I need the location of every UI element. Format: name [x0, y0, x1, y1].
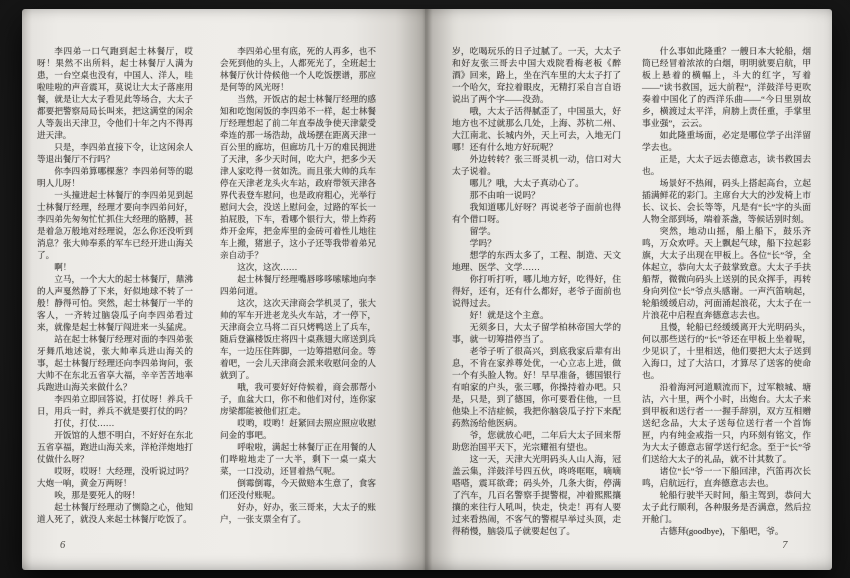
paragraph: 呼啦啦，满起士林餐厅正在用餐的人们哗啦地走了一大半，剩下一桌一桌大菜，一口没动，…: [220, 441, 376, 477]
paragraph: 开饭馆的人想不明白，不好好在东北五省享福，跑进山海关来，洋枪洋炮地打仗做什么呀？: [37, 429, 193, 465]
paragraph: 岁，吃喝玩乐的日子过腻了。一天，大太子和好友张三哥去中国大戏院看梅老板《醉酒》回…: [452, 45, 621, 105]
paragraph: 站在起士林餐厅经理对面的李四弟张牙舞爪地述说，张大帅率兵进山海关的事，起士林餐厅…: [37, 333, 193, 393]
paragraph: 起士林餐厅经理嘴唇哆哆嗦嗦地向李四弟问道。: [220, 273, 376, 297]
paragraph: 唉，那是要死人的呀！: [37, 489, 193, 501]
paragraph: 好！就是这个主意。: [452, 309, 621, 321]
page-6-text: 李四弟一口气跑到起士林餐厅，哎呀！果然不出所料，起士林餐厅人满为患，一台空桌也没…: [37, 45, 376, 539]
paragraph: 哎呀，哎呀！大经理，没听说过吗？大炮一响，黄金万两呀！: [37, 465, 193, 489]
paragraph: 正是，大太子远去德意志，读书救国去也。: [642, 153, 811, 177]
paragraph: 立马，一个大大的起士林餐厅，鼎沸的人声戛然静了下来，好似地球不转了一般！静得可怕…: [37, 273, 193, 333]
page-6: 李四弟一口气跑到起士林餐厅，哎呀！果然不出所料，起士林餐厅人满为患，一台空桌也没…: [22, 9, 425, 570]
paragraph: 哪儿？哦，大太子真动心了。: [452, 177, 621, 189]
paragraph: 只是，李四弟直接下令，让这闲余人等退出餐厅不行吗？: [37, 141, 193, 165]
paragraph: 我知道哪儿好呀？再说老爷子面前也得有个借口呀。: [452, 201, 621, 225]
paragraph: 留学。: [452, 225, 621, 237]
paragraph: 李四弟心里有底，死的人再多，也不会死到他的头上，人都死光了，全班起士林餐厅伙计侍…: [220, 45, 376, 93]
paragraph: 轮船行驶半天时间，船主驾到，恭问大太子此行顺利，各种服务是否满意，然后拉开舱门。: [642, 489, 811, 525]
paragraph: 学吗？: [452, 237, 621, 249]
page-7-text: 岁，吃喝玩乐的日子过腻了。一天，大太子和好友张三哥去中国大戏院看梅老板《醉酒》回…: [452, 45, 811, 539]
paragraph: 且慢，轮船已经缓缓离开大光明码头，何以那些送行的“长”爷还在甲板上坐着呢，少见识…: [642, 321, 811, 381]
paragraph: 好办，好办，张三哥来，大太子的账户，一张支票全有了。: [220, 501, 376, 525]
paragraph: 李四弟一口气跑到起士林餐厅，哎呀！果然不出所料，起士林餐厅人满为患，一台空桌也没…: [37, 45, 193, 141]
paragraph: 你李四弟算哪棵葱？李四弟何等的聪明人儿呀！: [37, 165, 193, 189]
paragraph: 沿着海河河道顺流而下，过军粮城、塘沽，六十里，两个小时，出炮台。大太子来到甲板和…: [642, 381, 811, 465]
page-7: 岁，吃喝玩乐的日子过腻了。一天，大太子和好友张三哥去中国大戏院看梅老板《醉酒》回…: [425, 9, 832, 570]
paragraph: 那不由咱一说吗？: [452, 189, 621, 201]
page-7-body: 岁，吃喝玩乐的日子过腻了。一天，大太子和好友张三哥去中国大戏院看梅老板《醉酒》回…: [452, 45, 811, 539]
paragraph: 无须多日，大太子留学柏林帝国大学的事，就一切筹措停当了。: [452, 321, 621, 345]
paragraph: 场景好不热闹，码头上搭起高台，立起插满鲜花的彩门。主席台大大的沙发椅上市长、议长…: [642, 177, 811, 225]
paragraph: 想学的东西太多了，工程、制造、天文地理、医学、文学……: [452, 249, 621, 273]
page-number-7: 7: [782, 540, 788, 551]
paragraph: 这一天，天津大光明码头人山人海，冠盖云集，洋鼓洋号四五伙，咚咚哐哐，嘀嘀嗒嗒，震…: [452, 453, 621, 537]
paragraph: 这次，这次天津商会学机灵了，张大帅的军车开进老龙头火车站，才一停下，天津商会立马…: [220, 297, 376, 381]
paragraph: 什么事如此隆重？一艘日本大轮船，烟筒已经冒着浓浓的白烟，明明就要启航，甲板上悬着…: [642, 45, 811, 129]
paragraph: 当然，开饭店的起士林餐厅经理的感知和吃饱闲饭的李四弟不一样，起士林餐厅经理想起了…: [220, 93, 376, 261]
paragraph: 这次，这次……: [220, 261, 376, 273]
paragraph: 起士林餐厅经理动了恻隐之心，他知道人死了，就没人来起士林餐厅吃饭了。: [37, 501, 193, 525]
paragraph: 哦，我可要好好侍候着，商会那帮小子，血盆大口，你不和他们对付，连你家房梁都能被他…: [220, 381, 376, 417]
page-6-body: 李四弟一口气跑到起士林餐厅，哎呀！果然不出所料，起士林餐厅人满为患，一台空桌也没…: [37, 45, 376, 539]
paragraph: 倒霉倒霉，今天做赔本生意了，食客们还没付账呢。: [220, 477, 376, 501]
paragraph: 外边转转？张三哥灵机一动，信口对大太子说着。: [452, 153, 621, 177]
paragraph: 古德拜(goodbye)，下船吧，爷。: [642, 525, 811, 537]
paragraph: 李四弟立即回答说，打仗呀！养兵千日，用兵一时，养兵不就是要打仗的吗？: [37, 393, 193, 417]
paragraph: 你打听打听，哪儿地方好，吃得好，住得好，还有，还有什么都好，老爷子面前也说得过去…: [452, 273, 621, 309]
book-spread: 李四弟一口气跑到起士林餐厅，哎呀！果然不出所料，起士林餐厅人满为患，一台空桌也没…: [22, 9, 832, 570]
paragraph: 诸位“长”爷一一下船回津，汽笛再次长鸣，启航远行，直奔德意志去也。: [642, 465, 811, 489]
paragraph: 打仗，打仗……: [37, 417, 193, 429]
paragraph: 老爷子听了很高兴，到底我家后辈有出息，不肯在家养尊处优，一心立志上进，做一个有头…: [452, 345, 621, 429]
paragraph: 爷，您就放心吧，二年后大太子回来帮助您治国平天下，光宗耀祖有望也。: [452, 429, 621, 453]
paragraph: 哎哟，哎哟！赶紧回去照应照应收慰问金的事吧。: [220, 417, 376, 441]
paragraph: 一头撞进起士林餐厅的李四弟见到起士林餐厅经理，经理才要向李四弟问好，李四弟先匆匆…: [37, 189, 193, 261]
paragraph: 哦，大太子活得腻歪了，中国虽大，好地方也不过就那么几处，上海、苏杭二州、大江南北…: [452, 105, 621, 153]
paragraph: 突然，地动山摇，船上船下，鼓乐齐鸣，万众欢呼。天上飘起气球，船下拉起彩旗，大太子…: [642, 225, 811, 321]
paragraph: 如此隆重场面，必定是哪位学子出洋留学去也。: [642, 129, 811, 153]
page-number-6: 6: [60, 540, 66, 551]
paragraph: 啊！: [37, 261, 193, 273]
